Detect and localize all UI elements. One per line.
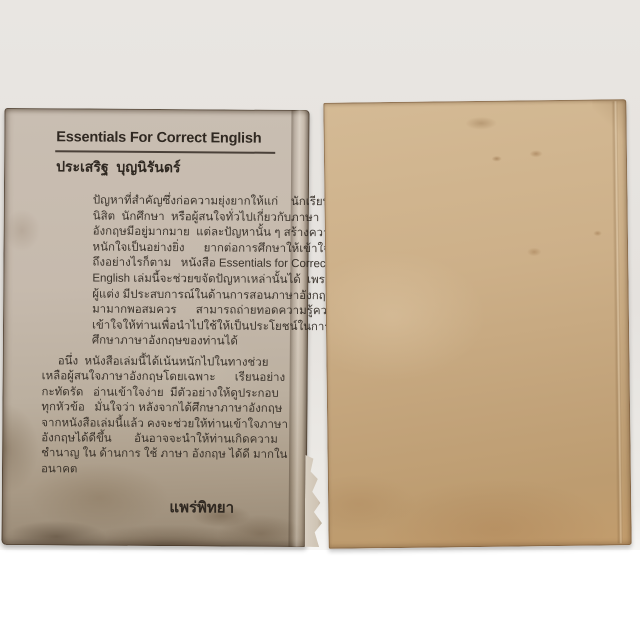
blurb-line: อังกฤษได้ดีขึ้น อันอาจจะนำให้ท่านเกิดควา… — [41, 431, 251, 448]
book-back-cover: Essentials For Correct English ประเสริฐ … — [1, 108, 309, 547]
blurb-line: English เล่มนี้จะช่วยขจัดปัญหาเหล่านั้นไ… — [92, 272, 292, 289]
blurb-line: เข้าใจให้ท่านเพื่อนำไปใช้ให้เป็นประโยชน์… — [92, 318, 292, 335]
blurb-line: อนึ่ง หนังสือเล่มนี้ได้เน้นหนักไปในทางช่… — [42, 354, 252, 371]
blurb-line: ศึกษาภาษาอังกฤษของท่านได้ — [92, 334, 292, 351]
blurb-line: อนาคต — [41, 462, 251, 479]
book-photo: Essentials For Correct English ประเสริฐ … — [0, 0, 640, 640]
author-name: ประเสริฐ บุญนิรันดร์ — [56, 156, 181, 179]
publisher-name: แพร่พิทยา — [142, 495, 262, 520]
blurb-line: นิสิต นักศึกษา หรือผู้สนใจทั่วไปเกี่ยวกั… — [93, 209, 293, 226]
title-underline — [55, 150, 275, 154]
blurb-line: ถึงอย่างไรก็ตาม หนังสือ Essentials for C… — [92, 256, 292, 273]
blurb-paragraph-1: ปัญหาที่สำคัญซึ่งก่อความยุ่งยากให้แก่ นั… — [92, 194, 293, 351]
blurb-line: ทุกหัวข้อ มั่นใจว่า หลังจากได้ศึกษาภาษาอ… — [41, 400, 251, 417]
blurb-line: หนักใจเป็นอย่างยิ่ง ยากต่อการศึกษาให้เข้… — [92, 240, 292, 257]
blurb-line: เหลือผู้สนใจภาษาอังกฤษโดยเฉพาะ เรียนอย่า… — [42, 370, 252, 387]
blurb-paragraph-2: อนึ่ง หนังสือเล่มนี้ได้เน้นหนักไปในทางช่… — [41, 354, 252, 479]
blurb-line: จากหนังสือเล่มนี้แล้ว คงจะช่วยให้ท่านเข้… — [41, 416, 251, 433]
blurb-line: กะทัดรัด อ่านเข้าใจง่าย มีตัวอย่างให้ดูป… — [41, 385, 251, 402]
blurb-line: ปัญหาที่สำคัญซึ่งก่อความยุ่งยากให้แก่ นั… — [93, 194, 293, 211]
blurb-line: ชำนาญ ใน ด้านการ ใช้ ภาษา อังกฤษ ได้ดี ม… — [41, 447, 251, 464]
blurb-line: อังกฤษมีอยู่มากมาย แต่ละปัญหานั้น ๆ สร้า… — [93, 225, 293, 242]
book-inside-page — [323, 99, 631, 549]
blurb-line: มามากพอสมควร สามารถถ่ายทอดความรู้ความ — [92, 303, 292, 320]
page-corner-crease — [592, 99, 627, 145]
blurb-line: ผู้แต่ง มีประสบการณ์ในด้านการสอนภาษาอังก… — [92, 287, 292, 304]
page-crease — [611, 101, 622, 543]
book-title: Essentials For Correct English — [56, 129, 261, 146]
